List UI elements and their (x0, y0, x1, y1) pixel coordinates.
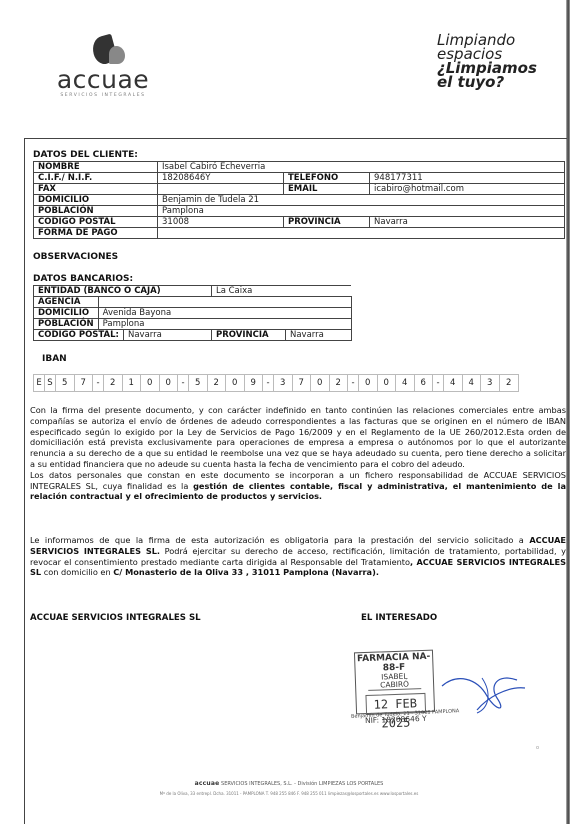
table-row: FAX EMAIL icabiro@hotmail.com (34, 184, 565, 195)
iban-digit: 0 (226, 375, 245, 391)
stamp-title: FARMACIA NA-88-F (355, 652, 433, 675)
iban-field: ES57-2100-5209-3702-0046-4432 (33, 374, 519, 392)
iban-digit: 0 (378, 375, 397, 391)
iban-separator: - (263, 375, 274, 391)
entidad-label: ENTIDAD (BANCO O CAJA) (34, 286, 212, 297)
iban-digit: 4 (396, 375, 415, 391)
agencia-value (98, 297, 351, 308)
iban-digit: E (34, 375, 45, 391)
stamp-name: ISABEL CABIRÓ (367, 672, 421, 691)
email-value: icabiro@hotmail.com (370, 184, 565, 195)
rights-text: con domicilio en (41, 567, 113, 577)
logo-wordmark: accuae (48, 68, 158, 92)
cp-label: CODIGO POSTAL (34, 217, 158, 228)
poblacion-label: POBLACIÓN (34, 206, 158, 217)
bank-provincia-value: Navarra (285, 330, 351, 341)
cif-label: C.I.F./ N.I.F. (34, 173, 158, 184)
table-row: CODIGO POSTAL 31008 PROVINCIA Navarra (34, 217, 565, 228)
email-label: EMAIL (284, 184, 370, 195)
iban-digit: 0 (141, 375, 160, 391)
nombre-value: Isabel Cabiró Echeverria (158, 162, 565, 173)
interested-signature-label: EL INTERESADO (361, 613, 437, 623)
iban-digit: 5 (56, 375, 75, 391)
footer-company: SERVICIOS INTEGRALES, S.L. - División LI… (221, 781, 383, 787)
iban-separator: - (178, 375, 189, 391)
client-section-title: DATOS DEL CLIENTE: (33, 150, 138, 160)
bank-domicilio-label: DOMICILIO (34, 308, 99, 319)
company-logo: accuae SERVICIOS INTEGRALES (48, 36, 158, 98)
table-row: POBLACIÓN Pamplona (34, 206, 565, 217)
provincia-value: Navarra (370, 217, 565, 228)
iban-digit: 2 (104, 375, 123, 391)
client-table: NOMBRE Isabel Cabiró Echeverria C.I.F./ … (33, 161, 565, 239)
telefono-value: 948177311 (370, 173, 565, 184)
iban-separator: - (348, 375, 359, 391)
domicilio-value: Benjamin de Tudela 21 (158, 195, 565, 206)
iban-digit: 2 (330, 375, 349, 391)
page-mark: o (536, 745, 539, 751)
agencia-label: AGENCIA (34, 297, 99, 308)
rights-text: Le informamos de que la firma de esta au… (30, 535, 529, 545)
table-row: FORMA DE PAGO (34, 228, 565, 239)
table-row: AGENCIA (34, 297, 352, 308)
domiciliacion-text: Con la firma del presente documento, y c… (30, 405, 566, 469)
iban-digit: 5 (189, 375, 208, 391)
domicilio-label: DOMICILIO (34, 195, 158, 206)
iban-digit: 9 (245, 375, 264, 391)
iban-digit: 3 (481, 375, 500, 391)
iban-digit: 7 (75, 375, 94, 391)
iban-digit: 4 (463, 375, 482, 391)
footer-brand: accuae (195, 780, 220, 787)
bank-section-title: DATOS BANCARIOS: (33, 274, 133, 284)
observaciones-title: OBSERVACIONES (33, 252, 118, 262)
company-signature-label: ACCUAE SERVICIOS INTEGRALES SL (30, 613, 201, 623)
logo-subtitle: SERVICIOS INTEGRALES (48, 93, 158, 98)
table-row: C.I.F./ N.I.F. 18208646Y TELEFONO 948177… (34, 173, 565, 184)
cif-value: 18208646Y (158, 173, 284, 184)
iban-digit: 6 (415, 375, 434, 391)
bank-domicilio-value: Avenida Bayona (98, 308, 351, 319)
iban-digit: 3 (274, 375, 293, 391)
nombre-label: NOMBRE (34, 162, 158, 173)
leaf-logo-icon (73, 36, 133, 68)
iban-digit: 0 (160, 375, 179, 391)
bank-table: ENTIDAD (BANCO O CAJA) La Caixa AGENCIA … (33, 285, 352, 341)
table-row: CODIGO POSTAL: Navarra PROVINCIA Navarra (34, 330, 352, 341)
iban-digit: 1 (123, 375, 142, 391)
poblacion-value: Pamplona (158, 206, 565, 217)
iban-separator: - (433, 375, 444, 391)
provincia-label: PROVINCIA (284, 217, 370, 228)
footer-line-1: accuae SERVICIOS INTEGRALES, S.L. - Divi… (0, 780, 578, 787)
entidad-value: La Caixa (211, 286, 351, 297)
fax-label: FAX (34, 184, 158, 195)
iban-digit: 2 (208, 375, 227, 391)
fax-value (158, 184, 284, 195)
telefono-label: TELEFONO (284, 173, 370, 184)
table-row: ENTIDAD (BANCO O CAJA) La Caixa (34, 286, 352, 297)
cp-value: 31008 (158, 217, 284, 228)
slogan-line: el tuyo? (437, 75, 567, 89)
footer-line-2: Mº de la Oliva, 33 entrepl. Dcha. 31011 … (0, 791, 578, 796)
forma-pago-value (158, 228, 565, 239)
iban-digit: 0 (359, 375, 378, 391)
iban-digit: 2 (500, 375, 519, 391)
pharmacy-stamp: FARMACIA NA-88-F ISABEL CABIRÓ 12 FEB 20… (354, 650, 435, 715)
bank-provincia-label: PROVINCIA (211, 330, 285, 341)
forma-pago-label: FORMA DE PAGO (34, 228, 158, 239)
domiciliacion-paragraph: Con la firma del presente documento, y c… (30, 405, 566, 502)
table-row: POBLACIÓN Pamplona (34, 319, 352, 330)
table-row: DOMICILIO Benjamin de Tudela 21 (34, 195, 565, 206)
iban-separator: - (93, 375, 104, 391)
iban-digit: 7 (293, 375, 312, 391)
iban-digit: S (45, 375, 56, 391)
slogan: Limpiando espacios ¿Limpiamos el tuyo? (437, 33, 567, 89)
bank-poblacion-value: Pamplona (98, 319, 351, 330)
rights-paragraph: Le informamos de que la firma de esta au… (30, 535, 566, 578)
bank-cp-label: CODIGO POSTAL: (34, 330, 124, 341)
bank-cp-value: Navarra (123, 330, 211, 341)
table-row: DOMICILIO Avenida Bayona (34, 308, 352, 319)
iban-digit: 0 (311, 375, 330, 391)
iban-digit: 4 (444, 375, 463, 391)
table-row: NOMBRE Isabel Cabiró Echeverria (34, 162, 565, 173)
iban-title: IBAN (42, 354, 67, 364)
handwritten-signature-icon (437, 668, 527, 718)
bank-poblacion-label: POBLACIÓN (34, 319, 99, 330)
company-address-bold: C/ Monasterio de la Oliva 33 , 31011 Pam… (113, 567, 379, 577)
